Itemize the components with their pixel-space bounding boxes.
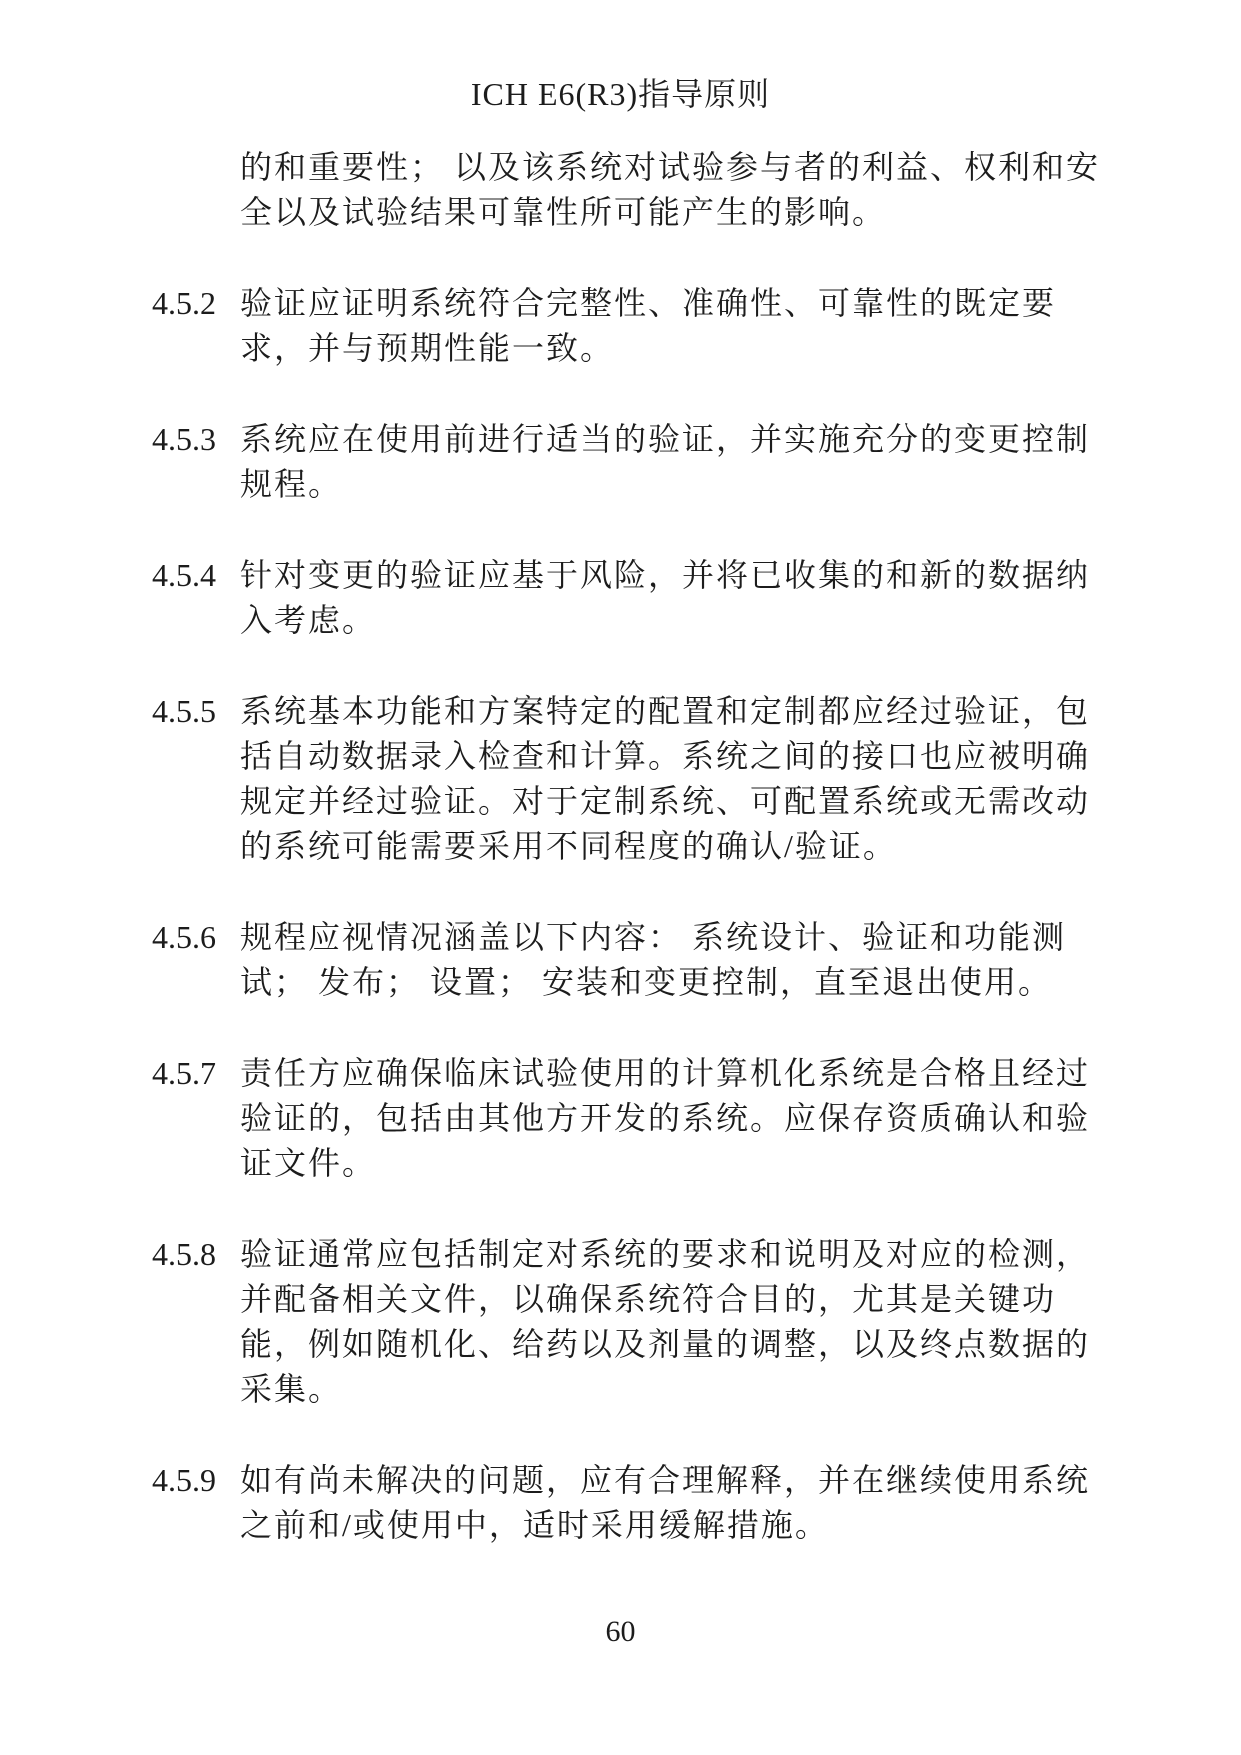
section-4-5-5: 4.5.5 系统基本功能和方案特定的配置和定制都应经过验证，包 括自动数据录入检… <box>152 689 1112 869</box>
section-number: 4.5.3 <box>152 417 240 462</box>
continuation-paragraph: 的和重要性； 以及该系统对试验参与者的利益、权利和安 全以及试验结果可靠性所可能… <box>240 145 1112 235</box>
section-4-5-8: 4.5.8 验证通常应包括制定对系统的要求和说明及对应的检测， 并配备相关文件，… <box>152 1232 1112 1412</box>
section-text: 规程应视情况涵盖以下内容： 系统设计、验证和功能测 试； 发布； 设置； 安装和… <box>240 915 1112 1005</box>
section-4-5-6: 4.5.6 规程应视情况涵盖以下内容： 系统设计、验证和功能测 试； 发布； 设… <box>152 915 1112 1005</box>
section-4-5-2: 4.5.2 验证应证明系统符合完整性、准确性、可靠性的既定要 求，并与预期性能一… <box>152 281 1112 371</box>
section-text: 系统基本功能和方案特定的配置和定制都应经过验证，包 括自动数据录入检查和计算。系… <box>240 689 1112 869</box>
page-number: 60 <box>0 1612 1241 1652</box>
section-number: 4.5.7 <box>152 1051 240 1096</box>
section-number: 4.5.2 <box>152 281 240 326</box>
section-text: 责任方应确保临床试验使用的计算机化系统是合格且经过 验证的，包括由其他方开发的系… <box>240 1051 1112 1186</box>
section-number: 4.5.8 <box>152 1232 240 1277</box>
section-number: 4.5.9 <box>152 1458 240 1503</box>
section-number: 4.5.6 <box>152 915 240 960</box>
document-body: 的和重要性； 以及该系统对试验参与者的利益、权利和安 全以及试验结果可靠性所可能… <box>152 145 1112 1594</box>
section-text: 针对变更的验证应基于风险，并将已收集的和新的数据纳 入考虑。 <box>240 553 1112 643</box>
section-text: 验证通常应包括制定对系统的要求和说明及对应的检测， 并配备相关文件，以确保系统符… <box>240 1232 1112 1412</box>
section-4-5-7: 4.5.7 责任方应确保临床试验使用的计算机化系统是合格且经过 验证的，包括由其… <box>152 1051 1112 1186</box>
section-number: 4.5.4 <box>152 553 240 598</box>
section-number: 4.5.5 <box>152 689 240 734</box>
section-text: 系统应在使用前进行适当的验证，并实施充分的变更控制 规程。 <box>240 417 1112 507</box>
document-page: ICH E6(R3)指导原则 的和重要性； 以及该系统对试验参与者的利益、权利和… <box>0 0 1241 1755</box>
section-4-5-9: 4.5.9 如有尚未解决的问题，应有合理解释，并在继续使用系统 之前和/或使用中… <box>152 1458 1112 1548</box>
page-header-title: ICH E6(R3)指导原则 <box>0 72 1241 117</box>
section-4-5-3: 4.5.3 系统应在使用前进行适当的验证，并实施充分的变更控制 规程。 <box>152 417 1112 507</box>
section-text: 验证应证明系统符合完整性、准确性、可靠性的既定要 求，并与预期性能一致。 <box>240 281 1112 371</box>
section-text: 如有尚未解决的问题，应有合理解释，并在继续使用系统 之前和/或使用中，适时采用缓… <box>240 1458 1112 1548</box>
section-4-5-4: 4.5.4 针对变更的验证应基于风险，并将已收集的和新的数据纳 入考虑。 <box>152 553 1112 643</box>
